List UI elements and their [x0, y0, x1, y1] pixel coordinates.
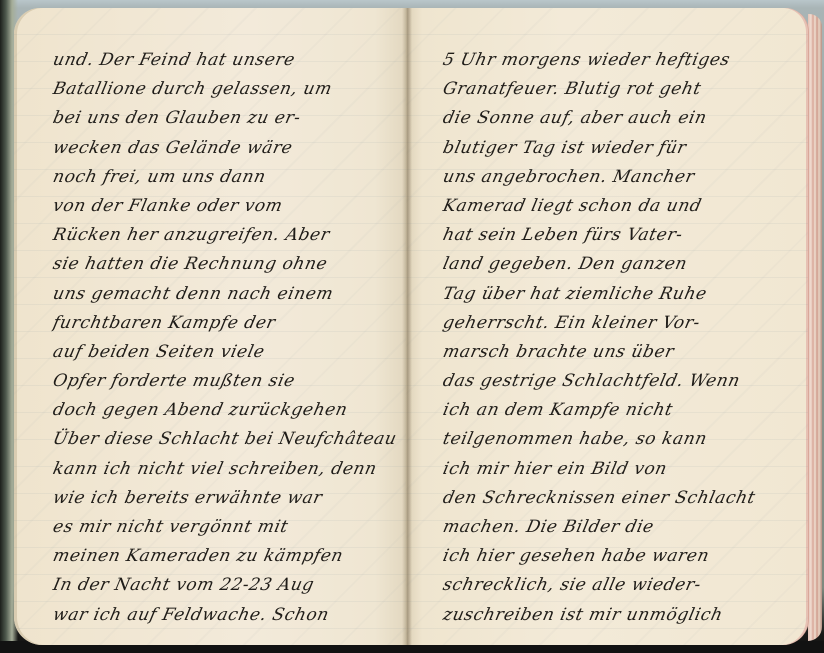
handwritten-line: schrecklich, sie alle wieder- — [440, 571, 800, 600]
handwritten-line: kann ich nicht viel schreiben, denn — [50, 455, 406, 484]
handwritten-line: geherrscht. Ein kleiner Vor- — [440, 309, 800, 338]
handwritten-line: es mir nicht vergönnt mit — [50, 513, 406, 542]
handwritten-line: wie ich bereits erwähnte war — [50, 484, 406, 513]
handwritten-line: hat sein Leben fürs Vater- — [440, 221, 800, 250]
left-page-text: und. Der Feind hat unsere Batallione dur… — [14, 46, 406, 630]
left-page: und. Der Feind hat unsere Batallione dur… — [14, 8, 406, 645]
handwritten-line: sie hatten die Rechnung ohne — [50, 250, 406, 279]
handwritten-line: das gestrige Schlachtfeld. Wenn — [440, 367, 800, 396]
open-notebook: und. Der Feind hat unsere Batallione dur… — [14, 8, 824, 645]
handwritten-line: noch frei, um uns dann — [50, 163, 406, 192]
handwritten-line: Opfer forderte mußten sie — [50, 367, 406, 396]
handwritten-line: die Sonne auf, aber auch ein — [440, 104, 800, 133]
handwritten-line: uns angebrochen. Mancher — [440, 163, 800, 192]
handwritten-line: ich an dem Kampfe nicht — [440, 396, 800, 425]
handwritten-line: bei uns den Glauben zu er- — [50, 104, 406, 133]
handwritten-line: den Schrecknissen einer Schlacht — [440, 484, 800, 513]
handwritten-line: furchtbaren Kampfe der — [50, 309, 406, 338]
page-block-edges — [808, 14, 822, 641]
handwritten-line: In der Nacht vom 22-23 Aug — [50, 571, 406, 600]
right-page: 5 Uhr morgens wieder heftiges Granatfeue… — [406, 8, 809, 645]
handwritten-line: Kamerad liegt schon da und — [440, 192, 800, 221]
handwritten-line: Granatfeuer. Blutig rot geht — [440, 75, 800, 104]
handwritten-line: machen. Die Bilder die — [440, 513, 800, 542]
handwritten-line: teilgenommen habe, so kann — [440, 425, 800, 454]
handwritten-line: Rücken her anzugreifen. Aber — [50, 221, 406, 250]
handwritten-line: wecken das Gelände wäre — [50, 134, 406, 163]
handwritten-line: uns gemacht denn nach einem — [50, 280, 406, 309]
handwritten-line: land gegeben. Den ganzen — [440, 250, 800, 279]
handwritten-line: Über diese Schlacht bei Neufchâteau — [50, 425, 406, 454]
handwritten-line: blutiger Tag ist wieder für — [440, 134, 800, 163]
handwritten-line: 5 Uhr morgens wieder heftiges — [440, 46, 800, 75]
handwritten-line: und. Der Feind hat unsere — [50, 46, 406, 75]
handwritten-line: auf beiden Seiten viele — [50, 338, 406, 367]
book-gutter — [402, 8, 412, 645]
handwritten-line: ich hier gesehen habe waren — [440, 542, 800, 571]
handwritten-line: marsch brachte uns über — [440, 338, 800, 367]
handwritten-line: Tag über hat ziemliche Ruhe — [440, 280, 800, 309]
handwritten-line: von der Flanke oder vom — [50, 192, 406, 221]
handwritten-line: Batallione durch gelassen, um — [50, 75, 406, 104]
handwritten-line: meinen Kameraden zu kämpfen — [50, 542, 406, 571]
handwritten-line: ich mir hier ein Bild von — [440, 455, 800, 484]
handwritten-line: war ich auf Feldwache. Schon — [50, 601, 406, 630]
right-page-text: 5 Uhr morgens wieder heftiges Granatfeue… — [406, 46, 808, 630]
handwritten-line: zuschreiben ist mir unmöglich — [440, 601, 800, 630]
handwritten-line: doch gegen Abend zurückgehen — [50, 396, 406, 425]
